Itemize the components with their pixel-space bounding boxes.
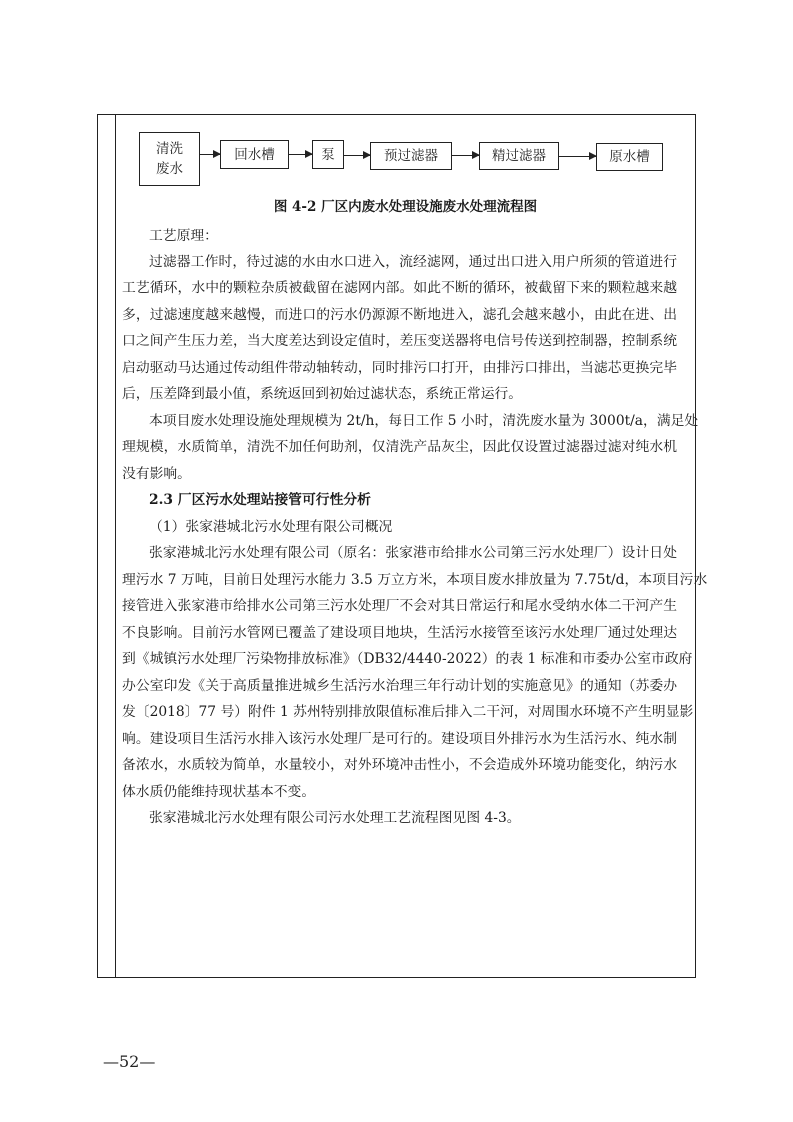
paragraph-line: 张家港城北污水处理有限公司（原名：张家港市给排水公司第三污水处理厂）设计日处: [149, 543, 677, 563]
paragraph-line: 本项目废水处理设施处理规模为 2t/h，每日工作 5 小时，清洗废水量为 300…: [149, 411, 677, 431]
paragraph-line: 理污水 7 万吨，目前日处理污水能力 3.5 万立方米，本项目废水排放量为 7.…: [122, 570, 677, 590]
flow-node-return-tank: 回水槽: [220, 140, 289, 169]
flow-arrow: [344, 155, 370, 156]
node-label: 泵: [321, 145, 335, 165]
node-label-line: 废水: [156, 159, 183, 179]
flow-node-pump: 泵: [312, 140, 344, 169]
paragraph-line: 后，压差降到最小值，系统返回到初始过滤状态，系统正常运行。: [122, 384, 677, 404]
flow-arrow: [452, 155, 479, 156]
flow-node-cleaning-wastewater: 清洗 废水: [139, 132, 200, 186]
paragraph-line: 没有影响。: [122, 464, 677, 484]
node-label: 回水槽: [234, 145, 275, 165]
node-label: 预过滤器: [384, 146, 438, 166]
paragraph-line: 不良影响。目前污水管网已覆盖了建设项目地块，生活污水接管至该污水处理厂通过处理达: [122, 623, 677, 643]
figure-caption: 图 4-2 厂区内废水处理设施废水处理流程图: [115, 197, 696, 217]
flow-node-raw-water-tank: 原水槽: [596, 143, 663, 171]
paragraph-line: 多，过滤速度越来越慢，而进口的污水仍源源不断地进入，滤孔会越来越小，由此在进、出: [122, 305, 677, 325]
flow-arrow: [559, 156, 596, 157]
paragraph-line: 响。建设项目生活污水排入该污水处理厂是可行的。建设项目外排污水为生活污水、纯水制: [122, 729, 677, 749]
paragraph-line: 张家港城北污水处理有限公司污水处理工艺流程图见图 4-3。: [149, 808, 677, 828]
node-label: 原水槽: [609, 147, 650, 167]
node-label-line: 清洗: [156, 139, 183, 159]
flow-node-fine-filter: 精过滤器: [479, 142, 559, 170]
flow-arrow: [200, 154, 220, 155]
page-number: —52—: [103, 1052, 155, 1072]
node-label: 精过滤器: [492, 146, 546, 166]
paragraph-line: 工艺循环，水中的颗粒杂质被截留在滤网内部。如此不断的循环，被截留下来的颗粒越来越: [122, 278, 677, 298]
paragraph-line: 到《城镇污水处理厂污染物排放标准》（DB32/4440-2022）的表 1 标准…: [122, 649, 677, 669]
flow-node-pre-filter: 预过滤器: [370, 142, 452, 170]
subheading-process-principle: 工艺原理：: [149, 226, 677, 246]
paragraph-line: 接管进入张家港市给排水公司第三污水处理厂不会对其日常运行和尾水受纳水体二干河产生: [122, 596, 677, 616]
paragraph-line: 启动驱动马达通过传动组件带动轴转动，同时排污口打开，由排污口排出，当滤芯更换完毕: [122, 358, 677, 378]
paragraph-line: 理规模，水质简单，清洗不加任何助剂，仅清洗产品灰尘，因此仅设置过滤器过滤对纯水机: [122, 437, 677, 457]
paragraph-line: 口之间产生压力差，当大度差达到设定值时，差压变送器将电信号传送到控制器，控制系统: [122, 331, 677, 351]
subsection-heading-1: （1）张家港城北污水处理有限公司概况: [149, 517, 677, 537]
paragraph-line: 备浓水，水质较为简单，水量较小，对外环境冲击性小，不会造成外环境功能变化，纳污水: [122, 755, 677, 775]
table-column-divider: [115, 114, 116, 978]
paragraph-line: 发〔2018〕77 号）附件 1 苏州特别排放限值标准后排入二干河，对周围水环境…: [122, 702, 677, 722]
paragraph-line: 体水质仍能维持现状基本不变。: [122, 782, 677, 802]
flow-arrow: [289, 154, 312, 155]
paragraph-line: 办公室印发《关于高质量推进城乡生活污水治理三年行动计划的实施意见》的通知（苏委办: [122, 676, 677, 696]
paragraph-line: 过滤器工作时，待过滤的水由水口进入，流经滤网，通过出口进入用户所须的管道进行: [149, 252, 677, 272]
section-heading-2-3: 2.3 厂区污水处理站接管可行性分析: [149, 490, 677, 510]
